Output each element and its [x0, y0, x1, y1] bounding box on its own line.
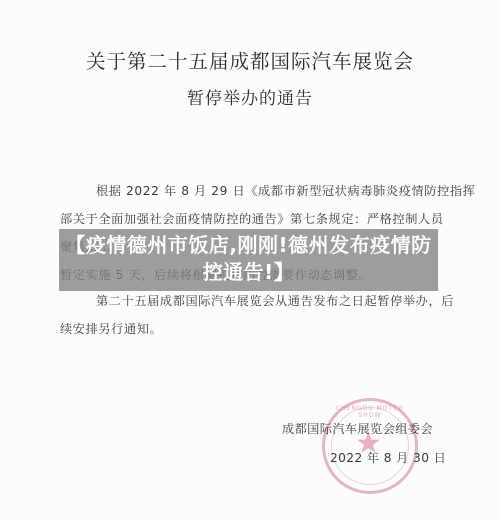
body-paragraph-line: 续安排另行通知。: [60, 320, 162, 337]
official-seal-stamp: CHENGDU MOTOR SHOW ★: [322, 398, 418, 494]
document-title-line-2: 暂停举办的通告: [0, 84, 500, 109]
body-paragraph-line: 部关于全面加强社会面疫情防控的通告》第七条规定：严格控制人员: [60, 210, 444, 227]
seal-ring-text: CHENGDU MOTOR SHOW: [325, 405, 415, 419]
body-paragraph-line: 根据 2022 年 8 月 29 日《成都市新型冠状病毒肺炎疫情防控指挥: [96, 182, 475, 199]
headline-banner: 【疫情德州市饭店,刚刚!德州发布疫情防控通告!】: [59, 229, 438, 291]
banner-headline: 【疫情德州市饭店,刚刚!德州发布疫情防控通告!】: [59, 232, 438, 286]
body-paragraph-line: 第二十五届成都国际汽车展览会从通告发布之日起暂停举办，后: [96, 292, 454, 309]
document-title-line-1: 关于第二十五届成都国际汽车展览会: [0, 46, 500, 74]
signature-organization: 成都国际汽车展览会组委会: [282, 420, 433, 437]
signature-date: 2022 年 8 月 30 日: [330, 449, 446, 466]
